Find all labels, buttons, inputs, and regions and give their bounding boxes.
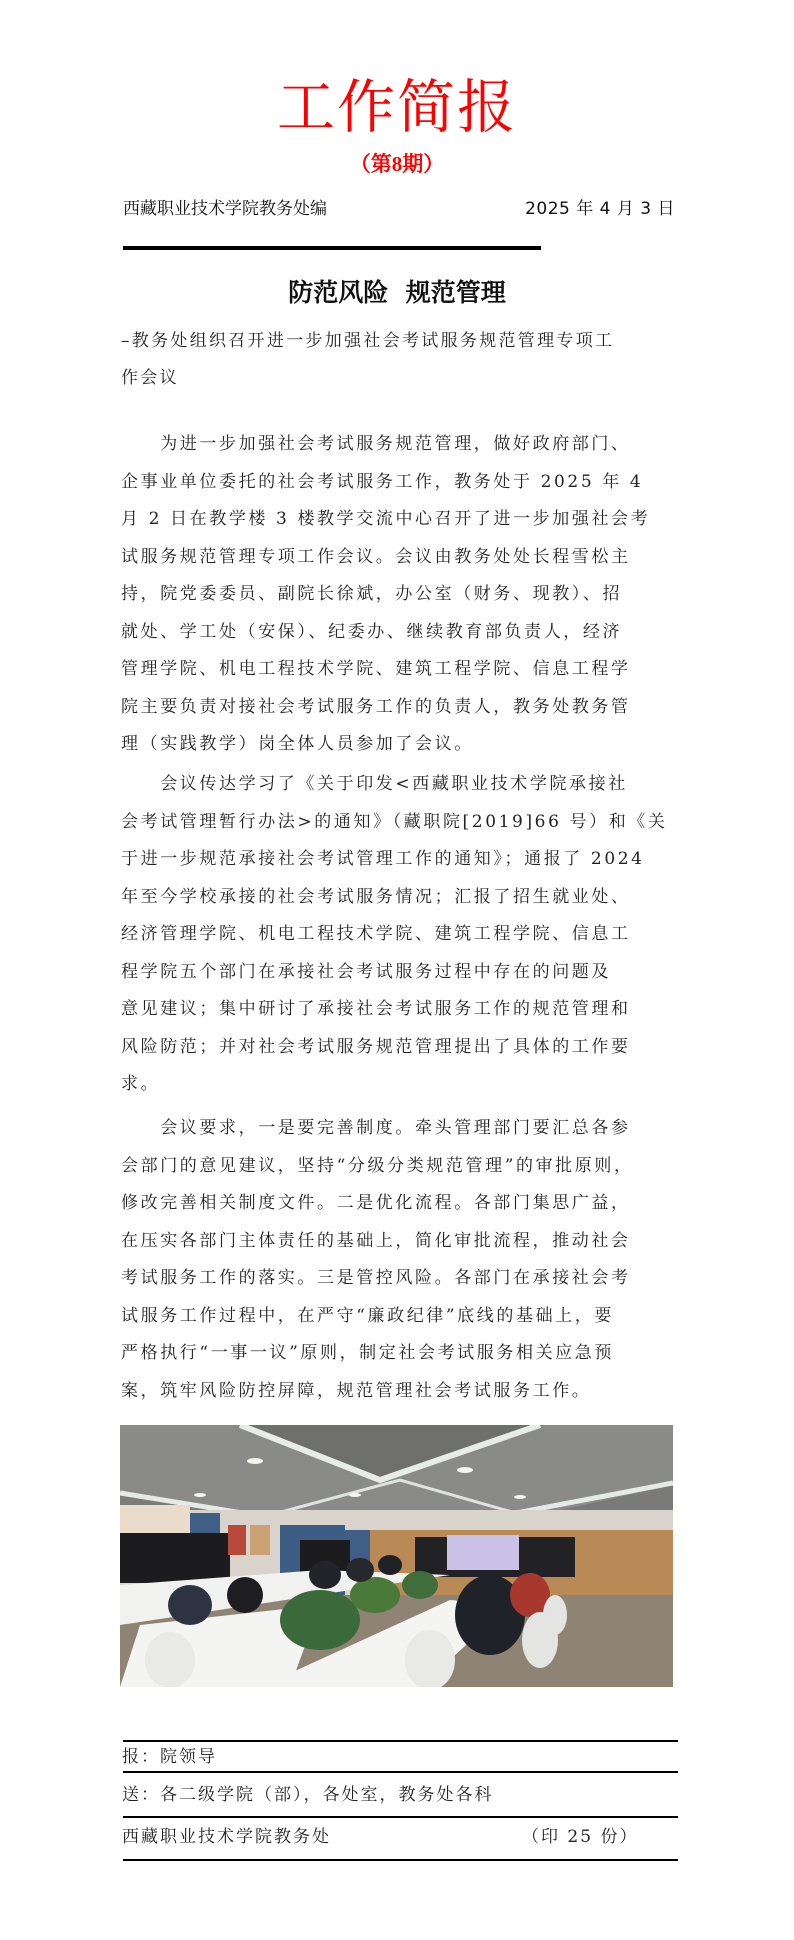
text-line: 在压实各部门主体责任的基础上，简化审批流程，推动社会 bbox=[121, 1223, 681, 1261]
paragraph-1: 为进一步加强社会考试服务规范管理，做好政府部门、 企事业单位委托的社会考试服务工… bbox=[121, 426, 681, 764]
report-to: 报：院领导 bbox=[122, 1745, 217, 1769]
text-line: 为进一步加强社会考试服务规范管理，做好政府部门、 bbox=[121, 426, 681, 464]
footer-rule-bottom bbox=[123, 1859, 678, 1861]
text-line: 企事业单位委托的社会考试服务工作，教务处于 2025 年 4 bbox=[121, 464, 681, 502]
text-line: 于进一步规范承接社会考试管理工作的通知》；通报了 2024 bbox=[121, 841, 681, 879]
footer-rule-top bbox=[123, 1740, 678, 1742]
header-divider bbox=[123, 246, 541, 250]
text-line: 试服务工作过程中，在严守“廉政纪律”底线的基础上，要 bbox=[121, 1298, 681, 1336]
subtitle-line: 作会议 bbox=[121, 360, 681, 397]
subtitle-line: –教务处组织召开进一步加强社会考试服务规范管理专项工 bbox=[121, 323, 681, 360]
text-line: 就处、学工处（安保）、纪委办、继续教育部负责人，经济 bbox=[121, 614, 681, 652]
issue-number: （第8期） bbox=[0, 150, 794, 178]
text-line: 理（实践教学）岗全体人员参加了会议。 bbox=[121, 726, 681, 764]
text-line: 考试服务工作的落实。三是管控风险。各部门在承接社会考 bbox=[121, 1260, 681, 1298]
text-line: 试服务规范管理专项工作会议。会议由教务处处长程雪松主 bbox=[121, 539, 681, 577]
publisher: 西藏职业技术学院教务处编 bbox=[123, 197, 327, 221]
text-line: 会部门的意见建议，坚持“分级分类规范管理”的审批原则， bbox=[121, 1148, 681, 1186]
text-line: 会议要求，一是要完善制度。牵头管理部门要汇总各参 bbox=[121, 1110, 681, 1148]
text-line: 案，筑牢风险防控屏障，规范管理社会考试服务工作。 bbox=[121, 1373, 681, 1411]
text-line: 程学院五个部门在承接社会考试服务过程中存在的问题及 bbox=[121, 954, 681, 992]
footer-rule bbox=[123, 1771, 678, 1773]
paragraph-2: 会议传达学习了《关于印发<西藏职业技术学院承接社 会考试管理暂行办法>的通知》（… bbox=[121, 766, 681, 1104]
text-line: 风险防范；并对社会考试服务规范管理提出了具体的工作要 bbox=[121, 1029, 681, 1067]
text-line: 年至今学校承接的社会考试服务情况；汇报了招生就业处、 bbox=[121, 879, 681, 917]
text-line: 会议传达学习了《关于印发<西藏职业技术学院承接社 bbox=[121, 766, 681, 804]
text-line: 意见建议；集中研讨了承接社会考试服务工作的规范管理和 bbox=[121, 991, 681, 1029]
meeting-photo bbox=[120, 1425, 673, 1687]
text-line: 管理学院、机电工程技术学院、建筑工程学院、信息工程学 bbox=[121, 651, 681, 689]
masthead-title: 工作简报 bbox=[0, 72, 794, 142]
text-line: 月 2 日在教学楼 3 楼教学交流中心召开了进一步加强社会考 bbox=[121, 501, 681, 539]
text-line: 修改完善相关制度文件。二是优化流程。各部门集思广益， bbox=[121, 1185, 681, 1223]
send-to: 送：各二级学院（部），各处室，教务处各科 bbox=[122, 1783, 494, 1807]
text-line: 经济管理学院、机电工程技术学院、建筑工程学院、信息工 bbox=[121, 916, 681, 954]
publish-date: 2025 年 4 月 3 日 bbox=[525, 197, 675, 221]
article-subtitle: –教务处组织召开进一步加强社会考试服务规范管理专项工 作会议 bbox=[121, 323, 681, 397]
issuer: 西藏职业技术学院教务处 bbox=[122, 1825, 331, 1849]
text-line: 会考试管理暂行办法>的通知》（藏职院[2019]66 号）和《关 bbox=[121, 804, 681, 842]
text-line: 院主要负责对接社会考试服务工作的负责人，教务处教务管 bbox=[121, 689, 681, 727]
footer-rule bbox=[123, 1816, 678, 1818]
text-line: 求。 bbox=[121, 1066, 681, 1104]
copies-count: （印 25 份） bbox=[522, 1825, 638, 1849]
article-title: 防范风险 规范管理 bbox=[0, 277, 794, 309]
paragraph-3: 会议要求，一是要完善制度。牵头管理部门要汇总各参 会部门的意见建议，坚持“分级分… bbox=[121, 1110, 681, 1410]
text-line: 持，院党委委员、副院长徐斌，办公室（财务、现教）、招 bbox=[121, 576, 681, 614]
text-line: 严格执行“一事一议”原则，制定社会考试服务相关应急预 bbox=[121, 1335, 681, 1373]
